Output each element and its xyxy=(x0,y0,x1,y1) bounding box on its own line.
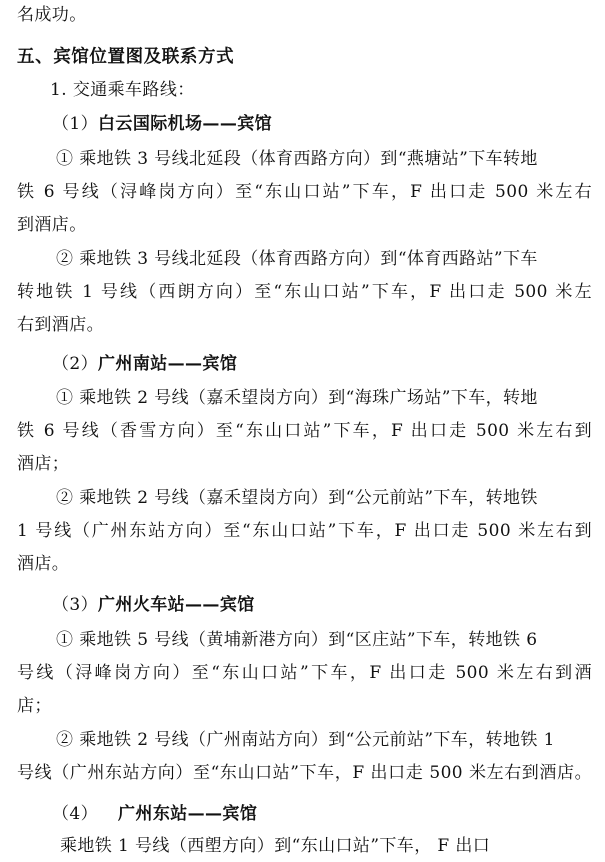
route-line: ① 乘地铁 3 号线北延段（体育西路方向）到“燕塘站”下车转地 xyxy=(56,148,538,170)
route-line: 1 号线（广州东站方向）至“东山口站”下车，F 出口走 500 米左右到 xyxy=(17,520,592,542)
route-number: （1） xyxy=(52,114,98,134)
route-line: 号线（广州东站方向）至“东山口站”下车，F 出口走 500 米左右到酒店。 xyxy=(17,762,592,784)
route-line: 转地铁 1 号线（西朗方向）至“东山口站”下车，F 出口走 500 米左 xyxy=(17,281,592,303)
route-line: 号线（浔峰岗方向）至“东山口站”下车，F 出口走 500 米左右到酒 xyxy=(17,662,592,684)
route-title: 广州南站——宾馆 xyxy=(98,354,237,374)
route-heading-railway-station: （3）广州火车站——宾馆 xyxy=(52,594,255,616)
route-title: 白云国际机场——宾馆 xyxy=(98,114,272,134)
route-line: 右到酒店。 xyxy=(17,314,104,336)
route-title: 广州火车站——宾馆 xyxy=(98,595,255,615)
route-line: 铁 6 号线（香雪方向）至“东山口站”下车，F 出口走 500 米左右到 xyxy=(17,420,592,442)
route-line: 铁 6 号线（浔峰岗方向）至“东山口站”下车，F 出口走 500 米左右 xyxy=(17,181,592,203)
route-number: （3） xyxy=(52,595,98,615)
route-line: 乘地铁 1 号线（西塱方向）到“东山口站”下车， F 出口 xyxy=(60,835,490,857)
section-title: 五、宾馆位置图及联系方式 xyxy=(17,46,234,68)
route-heading-south-station: （2）广州南站——宾馆 xyxy=(52,353,237,375)
subsection-heading: 1. 交通乘车路线： xyxy=(50,79,195,101)
route-line: ① 乘地铁 5 号线（黄埔新港方向）到“区庄站”下车，转地铁 6 xyxy=(56,629,537,651)
route-line: ② 乘地铁 3 号线北延段（体育西路方向）到“体育西路站”下车 xyxy=(56,248,538,270)
previous-paragraph-tail: 名成功。 xyxy=(17,4,87,26)
route-line: ① 乘地铁 2 号线（嘉禾望岗方向）到“海珠广场站”下车，转地 xyxy=(56,387,538,409)
route-line: 酒店； xyxy=(17,453,69,475)
route-number: （2） xyxy=(52,354,98,374)
route-line: 店； xyxy=(17,695,52,717)
route-heading-airport: （1）白云国际机场——宾馆 xyxy=(52,113,272,135)
route-line: ② 乘地铁 2 号线（广州南站方向）到“公元前站”下车，转地铁 1 xyxy=(56,729,555,751)
route-title: 广州东站——宾馆 xyxy=(118,804,257,824)
route-line: ② 乘地铁 2 号线（嘉禾望岗方向）到“公元前站”下车，转地铁 xyxy=(56,487,538,509)
route-heading-east-station: （4）广州东站——宾馆 xyxy=(52,803,257,825)
route-line: 酒店。 xyxy=(17,553,69,575)
route-number: （4） xyxy=(52,804,98,824)
route-line: 到酒店。 xyxy=(17,214,87,236)
